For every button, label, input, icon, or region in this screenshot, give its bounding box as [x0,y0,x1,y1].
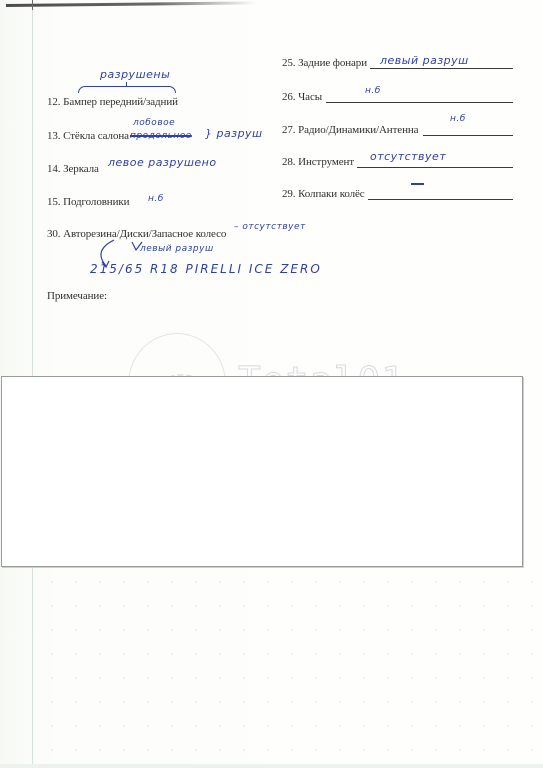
fill-line [326,102,513,103]
scan-bottom-edge [0,764,543,768]
field-29-hubcaps: 29. Колпаки колёс [282,188,365,200]
handwritten-radio-note: н.б [450,114,466,124]
handwritten-brace-tick [126,82,127,87]
handwritten-clock-note: н.б [365,86,381,96]
fill-line [357,167,513,168]
handwritten-windshield-note: лобовое [133,118,175,128]
redaction-box [1,376,523,567]
field-27-radio: 27. Радио/Динамики/Антенна [282,124,418,136]
handwritten-brace [78,86,176,93]
handwritten-spare-note: – отсутствует [234,222,306,232]
handwritten-mirrors-note: левое разрушено [108,156,217,169]
handwritten-rear-lights-note: левый разруш [380,54,469,67]
handwritten-struck-note: продольное [130,131,192,141]
field-12-bumper: 12. Бампер передний/задний [47,96,178,108]
handwritten-tire-spec: 215/65 R18 PIRELLI ICE ZERO [90,262,322,276]
field-13-cabin-glass: 13. Стёкла салона [47,130,129,142]
handwritten-disks-note: левый разруш [140,244,214,254]
field-25-rear-lights: 25. Задние фонари [282,57,367,69]
field-26-clock: 26. Часы [282,91,322,103]
scan-top-edge [6,1,256,7]
fill-line [423,135,513,136]
note-label: Примечание: [47,290,107,302]
field-28-tools: 28. Инструмент [282,156,354,168]
field-14-mirrors: 14. Зеркала [47,163,99,175]
fill-line [368,199,513,200]
margin-line-top [32,0,33,10]
fill-line [370,68,513,69]
handwritten-hubcaps-dash [411,183,424,185]
handwritten-glass-damage: } разруш [205,127,263,140]
handwritten-headrests-note: н.б [148,194,164,204]
handwritten-tools-note: отсутствует [370,150,446,163]
scanned-document-page: разрушены 12. Бампер передний/задний лоб… [0,0,543,768]
scan-texture [40,570,540,760]
field-15-headrests: 15. Подголовники [47,196,129,208]
handwritten-bumper-note: разрушены [100,68,170,81]
